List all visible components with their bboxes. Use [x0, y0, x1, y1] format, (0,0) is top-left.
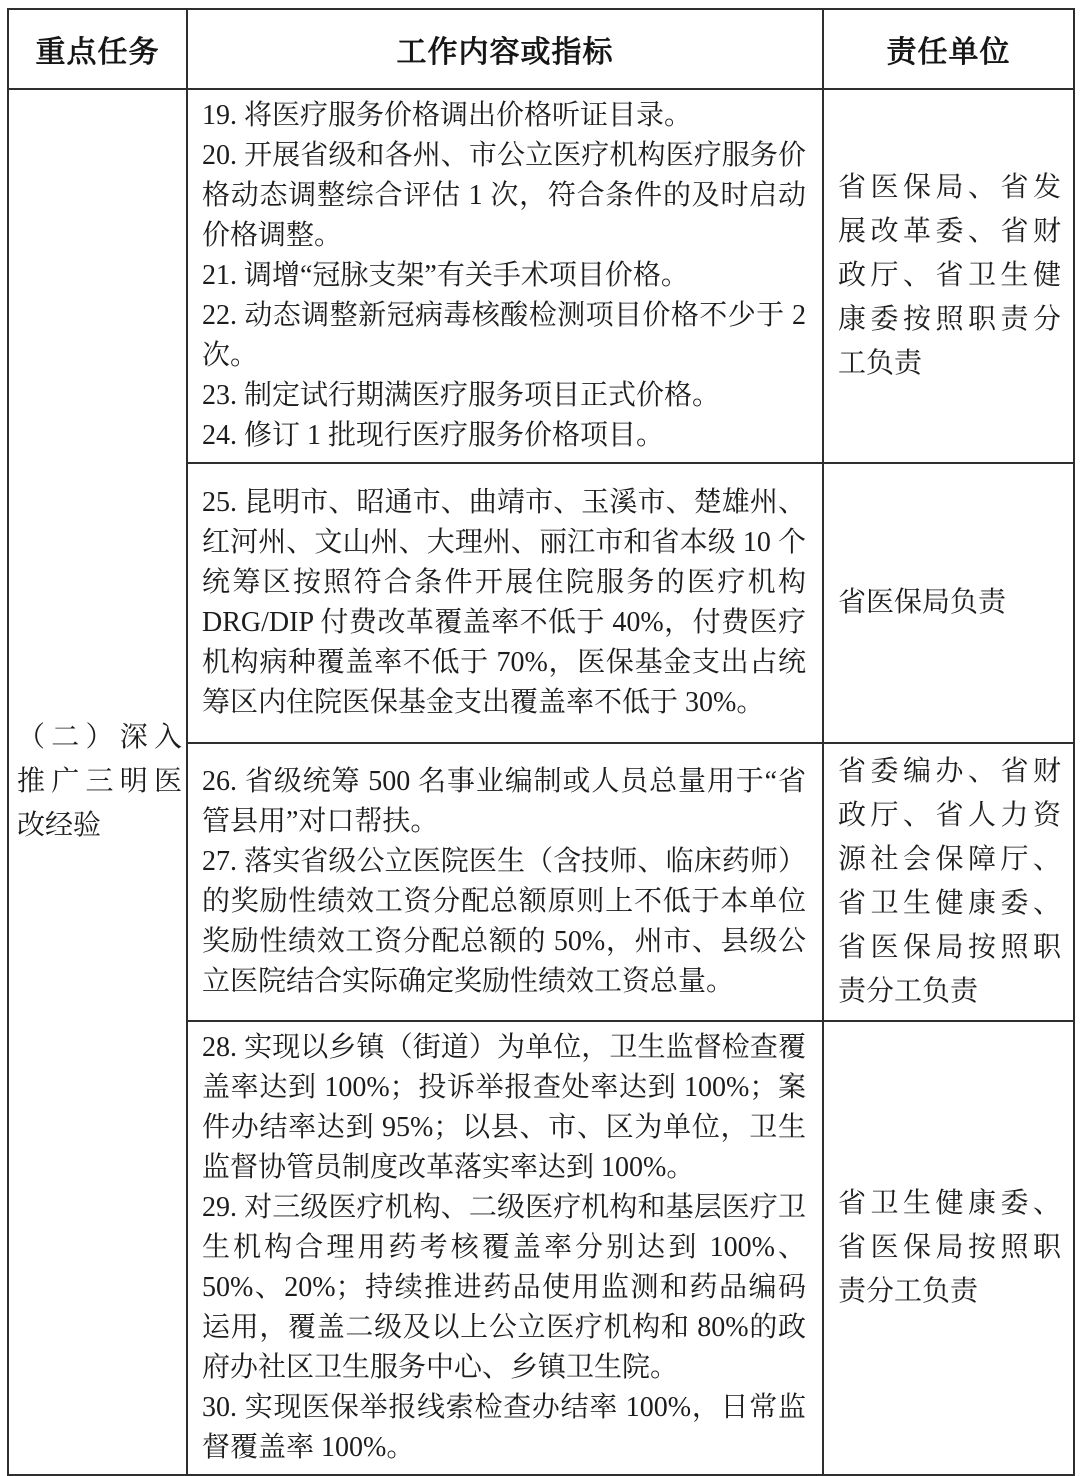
work-item-21: 21. 调增“冠脉支架”有关手术项目价格。: [202, 256, 806, 296]
task-group-cell: （二）深入推广三明医改经验: [8, 89, 187, 1475]
header-work-content: 工作内容或指标: [187, 9, 823, 89]
responsible-unit-cell-2: 省医保局负责: [823, 463, 1074, 743]
work-content-cell-4: 28. 实现以乡镇（街道）为单位，卫生监督检查覆盖率达到 100%；投诉举报查处…: [187, 1021, 823, 1475]
responsible-unit-cell-1: 省医保局、省发展改革委、省财政厅、省卫生健康委按照职责分工负责: [823, 89, 1074, 463]
work-content-cell-3: 26. 省级统筹 500 名事业编制或人员总量用于“省管县用”对口帮扶。 27.…: [187, 743, 823, 1021]
work-item-24: 24. 修订 1 批现行医疗服务价格项目。: [202, 416, 806, 456]
work-item-30: 30. 实现医保举报线索检查办结率 100%，日常监督覆盖率 100%。: [202, 1388, 806, 1468]
work-content-cell-2: 25. 昆明市、昭通市、曲靖市、玉溪市、楚雄州、红河州、文山州、大理州、丽江市和…: [187, 463, 823, 743]
work-item-23: 23. 制定试行期满医疗服务项目正式价格。: [202, 376, 806, 416]
work-item-29: 29. 对三级医疗机构、二级医疗机构和基层医疗卫生机构合理用药考核覆盖率分别达到…: [202, 1188, 806, 1388]
task-table: 重点任务 工作内容或指标 责任单位 （二）深入推广三明医改经验 19. 将医疗服…: [7, 8, 1075, 1476]
work-item-25: 25. 昆明市、昭通市、曲靖市、玉溪市、楚雄州、红河州、文山州、大理州、丽江市和…: [202, 483, 806, 723]
work-content-cell-1: 19. 将医疗服务价格调出价格听证目录。 20. 开展省级和各州、市公立医疗机构…: [187, 89, 823, 463]
work-item-26: 26. 省级统筹 500 名事业编制或人员总量用于“省管县用”对口帮扶。: [202, 762, 806, 842]
work-item-27: 27. 落实省级公立医院医生（含技师、临床药师）的奖励性绩效工资分配总额原则上不…: [202, 842, 806, 1002]
work-item-19: 19. 将医疗服务价格调出价格听证目录。: [202, 96, 806, 136]
work-item-20: 20. 开展省级和各州、市公立医疗机构医疗服务价格动态调整综合评估 1 次，符合…: [202, 136, 806, 256]
document-page: 重点任务 工作内容或指标 责任单位 （二）深入推广三明医改经验 19. 将医疗服…: [0, 0, 1080, 1474]
work-item-28: 28. 实现以乡镇（街道）为单位，卫生监督检查覆盖率达到 100%；投诉举报查处…: [202, 1028, 806, 1188]
header-key-tasks: 重点任务: [8, 9, 187, 89]
table-row: （二）深入推广三明医改经验 19. 将医疗服务价格调出价格听证目录。 20. 开…: [8, 89, 1074, 463]
header-responsible-unit: 责任单位: [823, 9, 1074, 89]
table-header-row: 重点任务 工作内容或指标 责任单位: [8, 9, 1074, 89]
responsible-unit-cell-3: 省委编办、省财政厅、省人力资源社会保障厅、省卫生健康委、省医保局按照职责分工负责: [823, 743, 1074, 1021]
work-item-22: 22. 动态调整新冠病毒核酸检测项目价格不少于 2 次。: [202, 296, 806, 376]
responsible-unit-cell-4: 省卫生健康委、省医保局按照职责分工负责: [823, 1021, 1074, 1475]
